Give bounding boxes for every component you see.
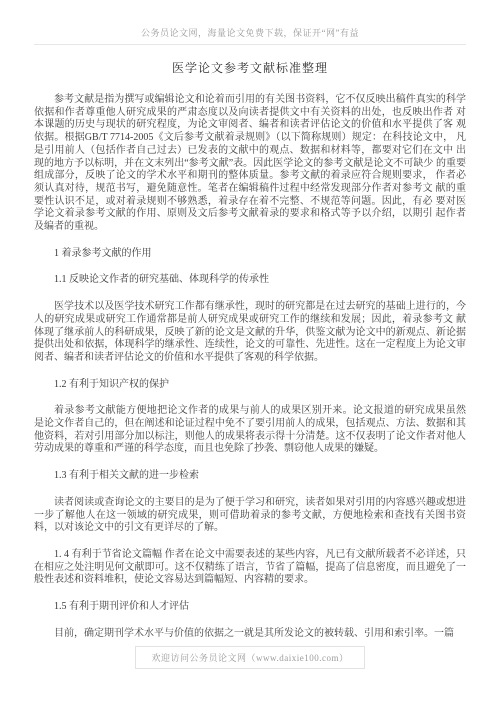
- paragraph: 参考文献是指为撰写或编辑论文和论着而引用的有关图书资料，它不仅反映出稿件真实的科…: [34, 94, 466, 234]
- page-title: 医学论文参考文献标准整理: [34, 59, 466, 76]
- section-heading: 1 着录参考文献的作用: [34, 248, 466, 261]
- section-heading: 1.5 有利于期刊评价和人才评估: [34, 601, 466, 614]
- section-heading: 1.1 反映论文作者的研究基础、体现科学的传承性: [34, 274, 466, 287]
- section-heading: 1.3 有利于相关文献的进一步检索: [34, 470, 466, 483]
- header-divider: [34, 44, 466, 45]
- footer-site-link: 欢迎访问公务员论文网（www.daixie100.com）: [135, 646, 366, 669]
- document-page: 公务员论文网，海量论文免费下载，保证开“网”有益 医学论文参考文献标准整理 参考…: [0, 0, 500, 707]
- page-footer: 欢迎访问公务员论文网（www.daixie100.com）: [0, 646, 500, 669]
- paragraph: 着录参考文献能方便地把论文作者的成果与前人的成果区别开来。论文报道的研究成果虽然…: [34, 405, 466, 456]
- site-header-slogan: 公务员论文网，海量论文免费下载，保证开“网”有益: [34, 26, 466, 39]
- paragraph: 医学技术以及医学技术研究工作都有继承性，现时的研究都是在过去研究的基础上进行的，…: [34, 301, 466, 365]
- paragraph: 目前，确定期刊学术水平与价值的依据之一就是其所发论文的被转载、引用和索引率。一篇: [34, 628, 466, 641]
- section-heading: 1.2 有利于知识产权的保护: [34, 379, 466, 392]
- paragraph: 1. 4 有利于节省论文篇幅 作者在论文中需要表述的某些内容，凡已有文献所载者不…: [34, 549, 466, 587]
- paragraph: 读者阅读或查询论文的主要目的是为了便于学习和研究，读者如果对引用的内容感兴趣或想…: [34, 497, 466, 535]
- document-body: 参考文献是指为撰写或编辑论文和论着而引用的有关图书资料，它不仅反映出稿件真实的科…: [34, 94, 466, 641]
